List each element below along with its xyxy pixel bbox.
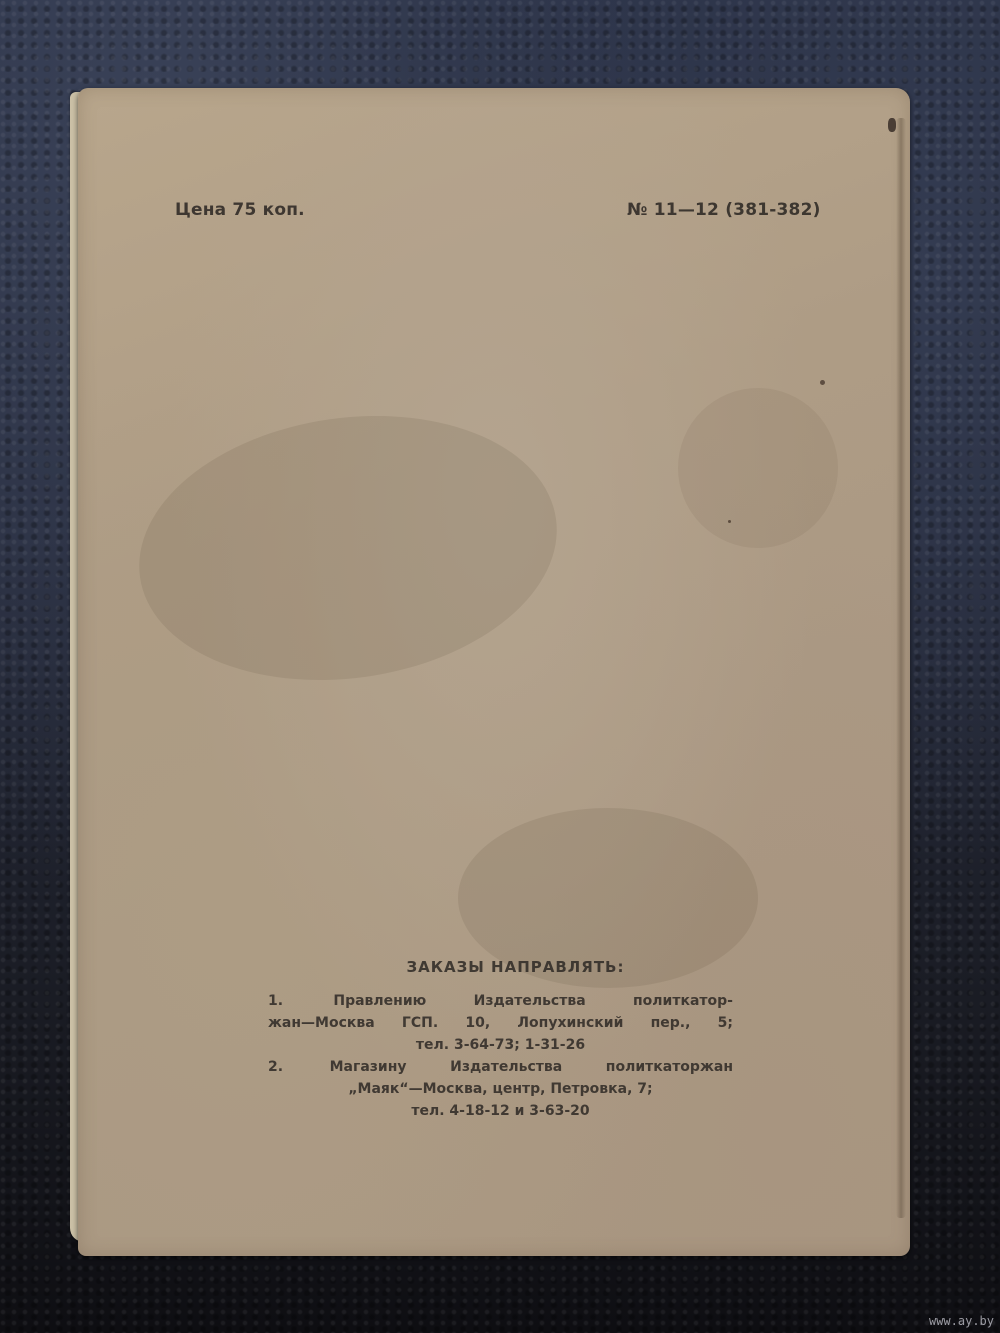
order-address-2: 2. Магазину Издательства политкаторжан „… bbox=[268, 1056, 733, 1122]
cover-spine-wear bbox=[896, 118, 906, 1218]
orders-title: ЗАКАЗЫ НАПРАВЛЯТЬ: bbox=[268, 958, 733, 976]
paper-stain bbox=[122, 390, 574, 706]
paper-stain bbox=[678, 388, 838, 548]
issue-number: № 11—12 (381-382) bbox=[627, 200, 821, 220]
order-line: жан—Москва ГСП. 10, Лопухинский пер., 5; bbox=[268, 1012, 733, 1034]
worn-corner-mark bbox=[888, 118, 896, 132]
order-text: Правлению Издательства политкатор- bbox=[333, 993, 733, 1009]
ink-spot bbox=[820, 380, 825, 385]
price-label: Цена 75 коп. bbox=[175, 200, 305, 220]
orders-block: ЗАКАЗЫ НАПРАВЛЯТЬ: 1. Правлению Издатель… bbox=[268, 958, 733, 1122]
order-text: Магазину Издательства политкаторжан bbox=[330, 1059, 733, 1075]
order-address-1: 1. Правлению Издательства политкатор- жа… bbox=[268, 990, 733, 1056]
journal-back-cover: Цена 75 коп. № 11—12 (381-382) ЗАКАЗЫ НА… bbox=[78, 88, 910, 1256]
site-watermark: www.ay.by bbox=[929, 1314, 994, 1328]
order-phone: тел. 4-18-12 и 3-63-20 bbox=[268, 1100, 733, 1122]
order-line: 1. Правлению Издательства политкатор- bbox=[268, 990, 733, 1012]
order-number: 1. bbox=[268, 990, 286, 1012]
order-number: 2. bbox=[268, 1056, 286, 1078]
order-phone: тел. 3-64-73; 1-31-26 bbox=[268, 1034, 733, 1056]
order-line: 2. Магазину Издательства политкаторжан bbox=[268, 1056, 733, 1078]
ink-spot bbox=[728, 520, 731, 523]
order-line: „Маяк“—Москва, центр, Петровка, 7; bbox=[268, 1078, 733, 1100]
